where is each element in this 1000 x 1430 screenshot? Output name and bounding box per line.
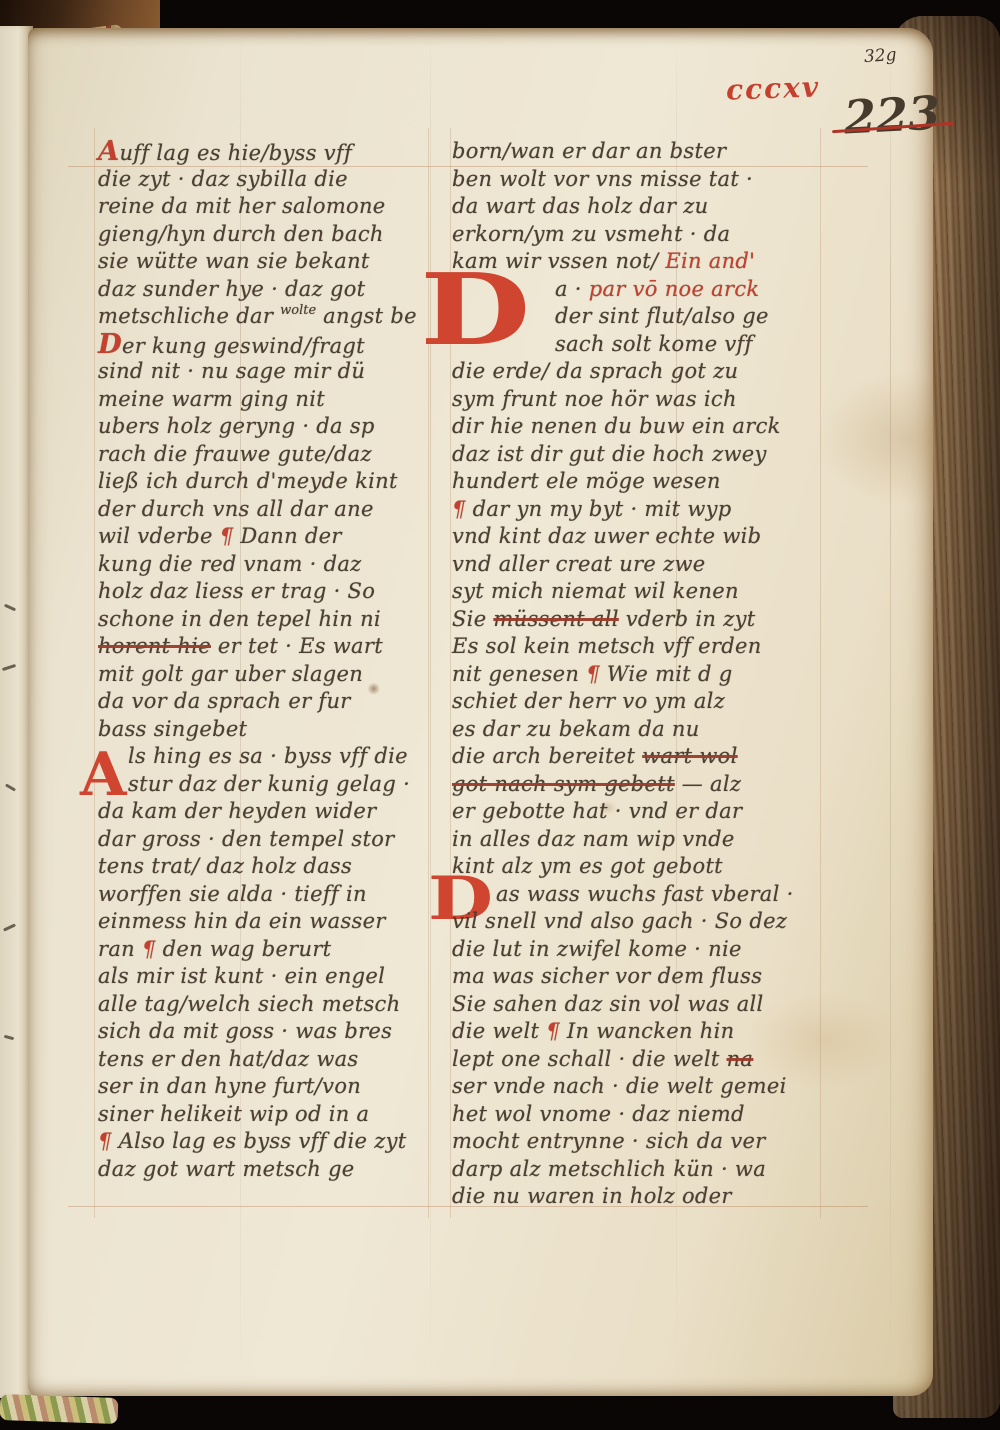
text-line: ¶ Also lag es byss vff die zyt xyxy=(98,1128,434,1156)
text-line: ¶ dar yn my byt · mit wyp xyxy=(452,496,830,524)
text-line: die arch bereitet wart wol xyxy=(452,743,830,771)
text-line: ubers holz geryng · da sp xyxy=(98,413,434,441)
text-line: gieng/hyn durch den bach xyxy=(98,221,434,249)
text-line: rach die frauwe gute/daz xyxy=(98,441,434,469)
crease-line xyxy=(890,28,891,1396)
text-line: wil vderbe ¶ Dann der xyxy=(98,523,434,551)
show-through-mark xyxy=(4,604,16,612)
text-line: got nach sym gebett — alz xyxy=(452,771,830,799)
text-line: siner helikeit wip od in a xyxy=(98,1101,434,1129)
text-line: da vor da sprach er fur xyxy=(98,688,434,716)
bottom-endband xyxy=(0,1394,118,1424)
text-line: horent hie er tet · Es wart xyxy=(98,633,434,661)
text-line: as wass wuchs fast vberal · xyxy=(452,881,830,909)
text-line: da kam der heyden wider xyxy=(98,798,434,826)
text-line: Sie sahen daz sin vol was all xyxy=(452,991,830,1019)
text-line: sie wütte wan sie bekant xyxy=(98,248,434,276)
text-line: reine da mit her salomone xyxy=(98,193,434,221)
text-line: als mir ist kunt · ein engel xyxy=(98,963,434,991)
text-line: kung die red vnam · daz xyxy=(98,551,434,579)
text-line: ls hing es sa · byss vff die xyxy=(98,743,434,771)
text-line: a · par vō noe arck xyxy=(452,276,830,304)
text-line: darp alz metschlich kün · wa xyxy=(452,1156,830,1184)
text-line: worffen sie alda · tieff in xyxy=(98,881,434,909)
text-line: ser in dan hyne furt/von xyxy=(98,1073,434,1101)
text-line: Auff lag es hie/byss vff xyxy=(98,138,434,166)
text-line: schiet der herr vo ym alz xyxy=(452,688,830,716)
folio-number-roman: cccxv xyxy=(725,70,820,106)
show-through-mark xyxy=(5,783,16,791)
text-line: sach solt kome vff xyxy=(452,331,830,359)
text-line: metschliche dar wolte angst be xyxy=(98,303,434,331)
text-line: syt mich niemat wil kenen xyxy=(452,578,830,606)
text-line: vil snell vnd also gach · So dez xyxy=(452,908,830,936)
left-text-column: Auff lag es hie/byss vffdie zyt · daz sy… xyxy=(98,138,434,1183)
text-line: bass singebet xyxy=(98,716,434,744)
text-line: kam wir vssen not/ Ein and' xyxy=(452,248,830,276)
show-through-mark xyxy=(4,1035,14,1040)
text-line: stur daz der kunig gelag · xyxy=(98,771,434,799)
text-line: alle tag/welch siech metsch xyxy=(98,991,434,1019)
text-line: lept one schall · die welt na xyxy=(452,1046,830,1074)
text-line: Sie müssent all vderb in zyt xyxy=(452,606,830,634)
text-line: het wol vnome · daz niemd xyxy=(452,1101,830,1129)
text-line: da wart das holz dar zu xyxy=(452,193,830,221)
text-line: tens er den hat/daz was xyxy=(98,1046,434,1074)
text-line: ran ¶ den wag berurt xyxy=(98,936,434,964)
folio-number-arabic: 223 xyxy=(843,86,942,145)
text-line: meine warm ging nit xyxy=(98,386,434,414)
text-line: mocht entrynne · sich da ver xyxy=(452,1128,830,1156)
text-line: Es sol kein metsch vff erden xyxy=(452,633,830,661)
text-line: ben wolt vor vns misse tat · xyxy=(452,166,830,194)
text-line: dir hie nenen du buw ein arck xyxy=(452,413,830,441)
text-line: es dar zu bekam da nu xyxy=(452,716,830,744)
text-line: sym frunt noe hör was ich xyxy=(452,386,830,414)
text-line: die lut in zwifel kome · nie xyxy=(452,936,830,964)
show-through-mark xyxy=(2,664,16,671)
text-line: kint alz ym es got gebott xyxy=(452,853,830,881)
text-line: ser vnde nach · die welt gemei xyxy=(452,1073,830,1101)
text-line: Der kung geswind/fragt xyxy=(98,331,434,359)
text-line: daz got wart metsch ge xyxy=(98,1156,434,1184)
text-line: daz sunder hye · daz got xyxy=(98,276,434,304)
text-line: ließ ich durch d'meyde kint xyxy=(98,468,434,496)
text-line: schone in den tepel hin ni xyxy=(98,606,434,634)
text-line: in alles daz nam wip vnde xyxy=(452,826,830,854)
text-line: hundert ele möge wesen xyxy=(452,468,830,496)
text-line: vnd kint daz uwer echte wib xyxy=(452,523,830,551)
show-through-mark xyxy=(3,923,16,931)
text-line: dar gross · den tempel stor xyxy=(98,826,434,854)
text-line: sind nit · nu sage mir dü xyxy=(98,358,434,386)
text-line: tens trat/ daz holz dass xyxy=(98,853,434,881)
text-line: die zyt · daz sybilla die xyxy=(98,166,434,194)
text-line: ma was sicher vor dem fluss xyxy=(452,963,830,991)
text-line: holz daz liess er trag · So xyxy=(98,578,434,606)
text-line: born/wan er dar an bster xyxy=(452,138,830,166)
text-line: einmess hin da ein wasser xyxy=(98,908,434,936)
page-corner-mark: 32g xyxy=(863,45,897,67)
text-line: vnd aller creat ure zwe xyxy=(452,551,830,579)
text-line: erkorn/ym zu vsmeht · da xyxy=(452,221,830,249)
ruling-line-left xyxy=(94,128,95,1218)
right-text-column: born/wan er dar an bsterben wolt vor vns… xyxy=(452,138,830,1211)
text-line: der sint flut/also ge xyxy=(452,303,830,331)
text-line: die nu waren in holz oder xyxy=(452,1183,830,1211)
text-line: mit golt gar uber slagen xyxy=(98,661,434,689)
text-line: die welt ¶ In wancken hin xyxy=(452,1018,830,1046)
text-line: sich da mit goss · was bres xyxy=(98,1018,434,1046)
text-line: er gebotte hat · vnd er dar xyxy=(452,798,830,826)
text-line: die erde/ da sprach got zu xyxy=(452,358,830,386)
manuscript-photo: 32g cccxv 223 D D A Auff lag es hie/byss… xyxy=(0,0,1000,1430)
text-line: daz ist dir gut die hoch zwey xyxy=(452,441,830,469)
text-line: nit genesen ¶ Wie mit d g xyxy=(452,661,830,689)
text-line: der durch vns all dar ane xyxy=(98,496,434,524)
manuscript-page: 32g cccxv 223 D D A Auff lag es hie/byss… xyxy=(28,28,933,1396)
